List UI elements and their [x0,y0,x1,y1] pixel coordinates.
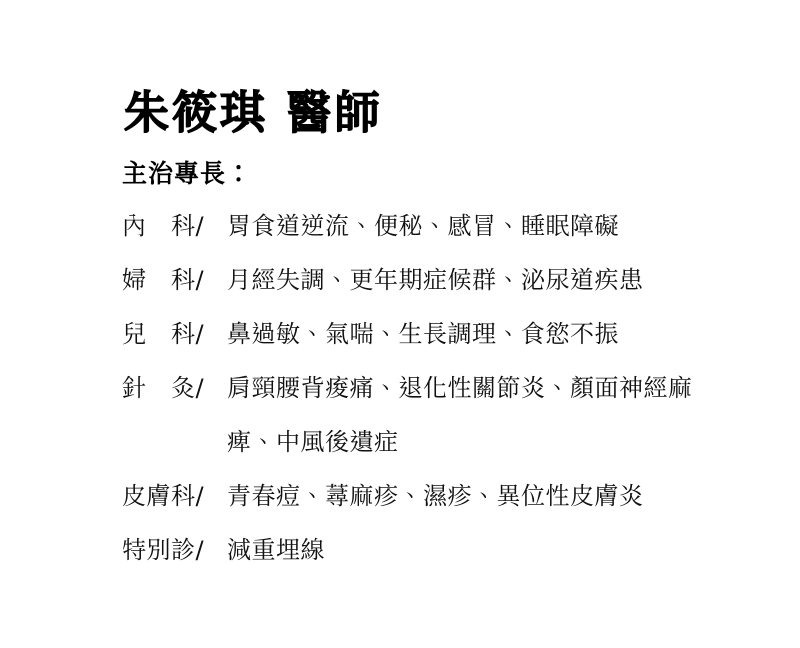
specialty-label: 皮膚科/ [122,469,227,523]
specialty-label: 針 灸/ [122,361,227,415]
specialty-row-gynecology: 婦 科/ 月經失調、更年期症候群、泌尿道疾患 [122,253,762,307]
specialty-row-acupuncture: 針 灸/ 肩頸腰背痠痛、退化性關節炎、顏面神經麻痺、中風後遺症 [122,361,762,469]
specialty-items: 鼻過敏、氣喘、生長調理、食慾不振 [227,307,619,361]
specialty-label: 兒 科/ [122,307,227,361]
specialty-items: 胃食道逆流、便秘、感冒、睡眠障礙 [227,199,619,253]
doctor-name-title: 朱筱琪 醫師 [124,76,383,141]
specialty-label: 婦 科/ [122,253,227,307]
specialties-heading: 主治專長： [122,154,252,190]
specialty-row-special-clinic: 特別診/ 減重埋線 [122,523,762,577]
specialty-list: 內 科/ 胃食道逆流、便秘、感冒、睡眠障礙 婦 科/ 月經失調、更年期症候群、泌… [122,199,762,577]
specialty-row-pediatrics: 兒 科/ 鼻過敏、氣喘、生長調理、食慾不振 [122,307,762,361]
specialty-label: 特別診/ [122,523,227,577]
specialty-label: 內 科/ [122,199,227,253]
specialty-items: 月經失調、更年期症候群、泌尿道疾患 [227,253,644,307]
specialty-items: 青春痘、蕁麻疹、濕疹、異位性皮膚炎 [227,469,644,523]
specialty-row-dermatology: 皮膚科/ 青春痘、蕁麻疹、濕疹、異位性皮膚炎 [122,469,762,523]
specialty-row-internal-medicine: 內 科/ 胃食道逆流、便秘、感冒、睡眠障礙 [122,199,762,253]
specialty-items: 肩頸腰背痠痛、退化性關節炎、顏面神經麻痺、中風後遺症 [227,361,739,469]
specialty-items: 減重埋線 [227,523,325,577]
doctor-profile-page: 朱筱琪 醫師 主治專長： 內 科/ 胃食道逆流、便秘、感冒、睡眠障礙 婦 科/ … [0,0,800,648]
